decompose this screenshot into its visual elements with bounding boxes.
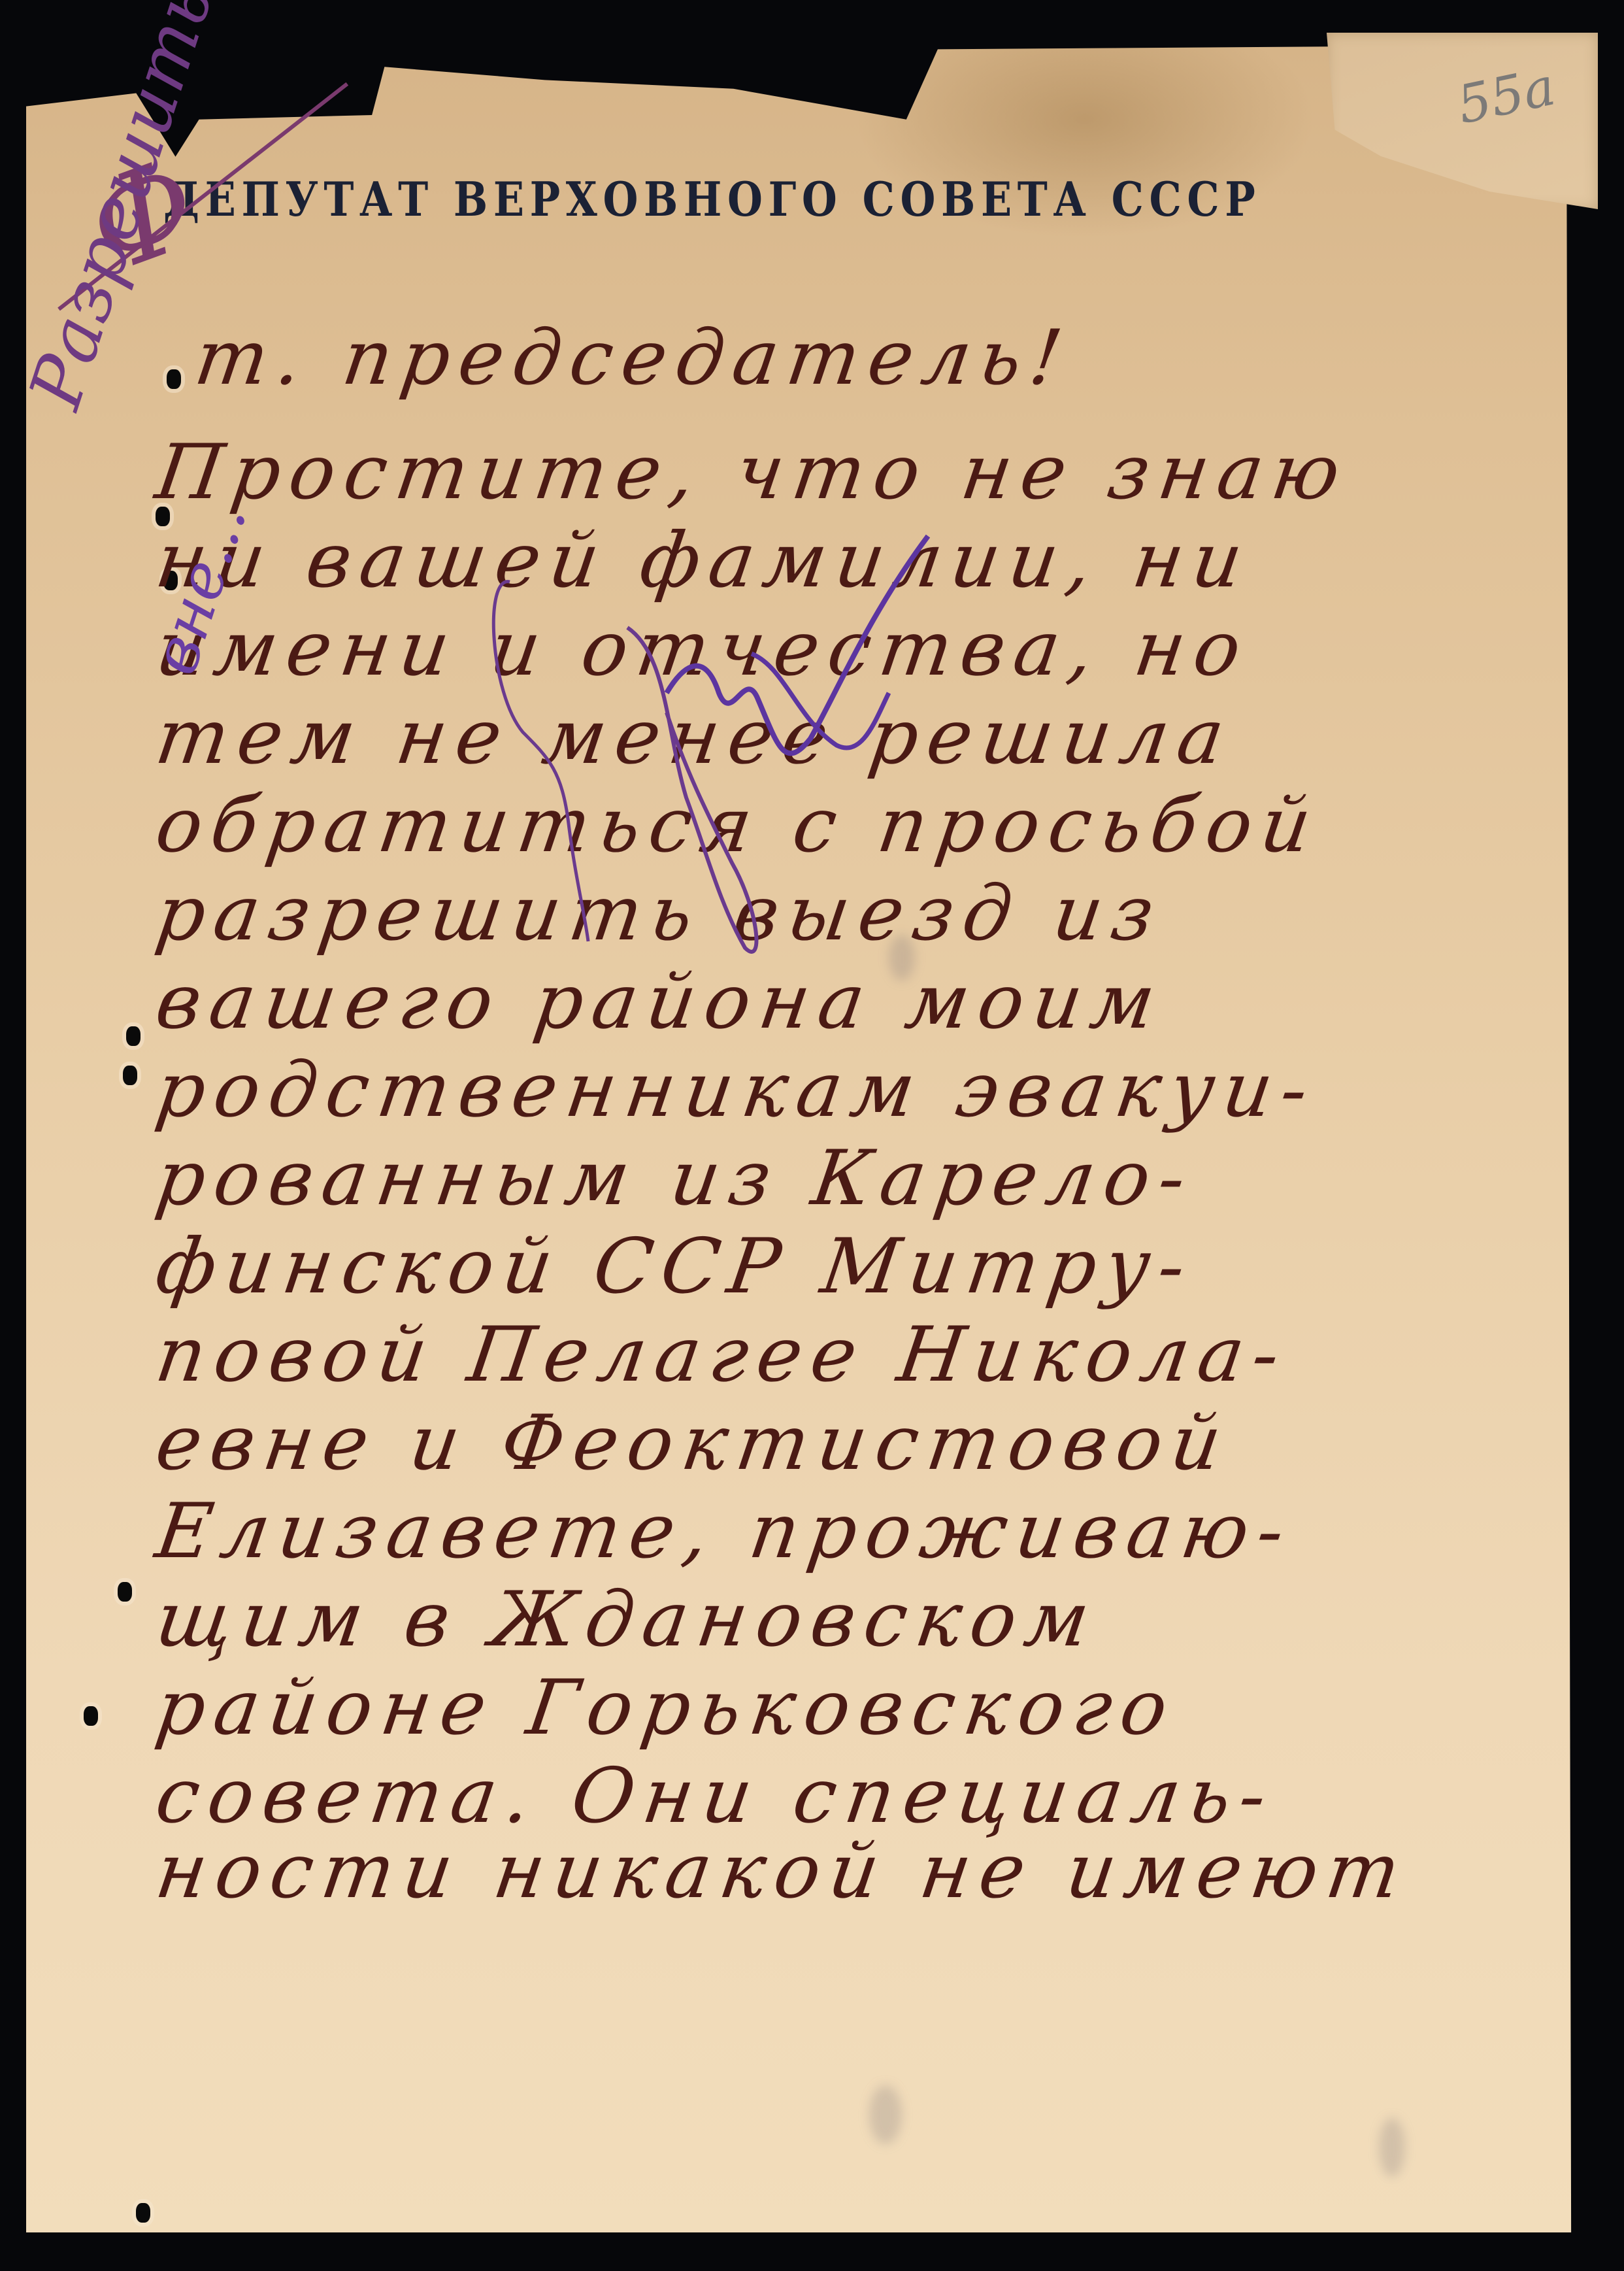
letterhead-title: ДЕПУТАТ ВЕРХОВНОГО СОВЕТА СССР [163, 171, 1265, 227]
punch-hole [126, 1026, 141, 1046]
punch-hole [84, 1706, 98, 1726]
punch-hole [118, 1582, 132, 1602]
scan-background: ДЕПУТАТ ВЕРХОВНОГО СОВЕТА СССР 55а т. пр… [0, 0, 1624, 2271]
ink-stain [869, 2085, 902, 2144]
purple-signature-icon [471, 497, 980, 967]
body-line: ности никакой не имеют [147, 1801, 1552, 1942]
punch-hole [123, 1066, 137, 1085]
punch-hole [136, 2203, 150, 2223]
ink-stain [1379, 2118, 1405, 2177]
